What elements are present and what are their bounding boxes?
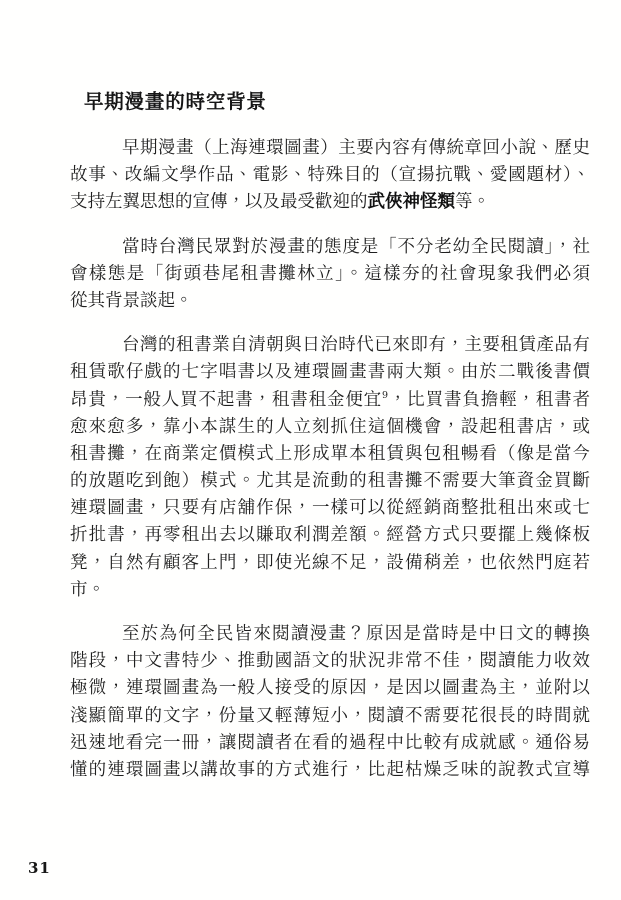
paragraph: 台灣的租書業自清朝與日治時代已來即有，主要租賃產品有租賃歌仔戲的七字唱書以及連環… bbox=[70, 332, 590, 604]
text-line: 早期漫畫（上海連環圖畫）主要內容有傳統章回小說、歷史 bbox=[70, 135, 590, 162]
text-line: 折批書，再零租出去以賺取利潤差額。經營方式只要擺上幾條板 bbox=[70, 522, 590, 549]
paragraph: 至於為何全民皆來閱讀漫畫？原因是當時是中日文的轉換階段，中文書特少、推動國語文的… bbox=[70, 621, 590, 784]
text-line: 凳，自然有顧客上門，即使光線不足，設備稍差，也依然門庭若 bbox=[70, 550, 590, 577]
text-line: 連環圖畫，只要有店舖作保，一樣可以從經銷商整批租出來或七 bbox=[70, 495, 590, 522]
page-number: 31 bbox=[28, 859, 51, 877]
text-line: 支持左翼思想的宣傳，以及最受歡迎的武俠神怪類等。 bbox=[70, 189, 590, 216]
text-line: 租書攤，在商業定價模式上形成單本租賃與包租暢看（像是當今 bbox=[70, 441, 590, 468]
text-line: 當時台灣民眾對於漫畫的態度是「不分老幼全民閱讀」，社 bbox=[70, 234, 590, 261]
text-line: 從其背景談起。 bbox=[70, 288, 590, 315]
text-line: 懂的連環圖畫以講故事的方式進行，比起枯燥乏味的說教式宣導 bbox=[70, 757, 590, 784]
text-line: 淺顯簡單的文字，份量又輕薄短小，閱讀不需要花很長的時間就 bbox=[70, 703, 590, 730]
text-line: 的放題吃到飽）模式。尤其是流動的租書攤不需要大筆資金買斷 bbox=[70, 468, 590, 495]
text-line: 台灣的租書業自清朝與日治時代已來即有，主要租賃產品有 bbox=[70, 332, 590, 359]
text-line: 迅速地看完一冊，讓閱讀者在看的過程中比較有成就感。通俗易 bbox=[70, 730, 590, 757]
text-line: 愈來愈多，靠小本謀生的人立刻抓住這個機會，設起租書店，或 bbox=[70, 414, 590, 441]
text-line: 至於為何全民皆來閱讀漫畫？原因是當時是中日文的轉換 bbox=[70, 621, 590, 648]
text-line: 極微，連環圖畫為一般人接受的原因，是因以圖畫為主，並附以 bbox=[70, 675, 590, 702]
paragraph: 當時台灣民眾對於漫畫的態度是「不分老幼全民閱讀」，社會樣態是「街頭巷尾租書攤林立… bbox=[70, 234, 590, 316]
text-line: 階段，中文書特少、推動國語文的狀況非常不佳，閱讀能力收效 bbox=[70, 648, 590, 675]
section-heading: 早期漫畫的時空背景 bbox=[84, 90, 267, 113]
text-line: 租賃歌仔戲的七字唱書以及連環圖畫書兩大類。由於二戰後書價 bbox=[70, 359, 590, 386]
paragraph: 早期漫畫（上海連環圖畫）主要內容有傳統章回小說、歷史故事、改編文學作品、電影、特… bbox=[70, 135, 590, 217]
bold-emphasis: 武俠神怪類 bbox=[368, 192, 456, 212]
text-line: 市。 bbox=[70, 577, 590, 604]
book-page: 早期漫畫的時空背景 早期漫畫（上海連環圖畫）主要內容有傳統章回小說、歷史故事、改… bbox=[0, 0, 621, 900]
page-body: 早期漫畫（上海連環圖畫）主要內容有傳統章回小說、歷史故事、改編文學作品、電影、特… bbox=[70, 135, 590, 784]
text-line: 故事、改編文學作品、電影、特殊目的（宣揚抗戰、愛國題材）、 bbox=[70, 162, 590, 189]
text-line: 會樣態是「街頭巷尾租書攤林立」。這樣夯的社會現象我們必須 bbox=[70, 261, 590, 288]
text-line: 昂貴，一般人買不起書，租書租金便宜9，比買書負擔輕，租書者 bbox=[70, 387, 590, 414]
